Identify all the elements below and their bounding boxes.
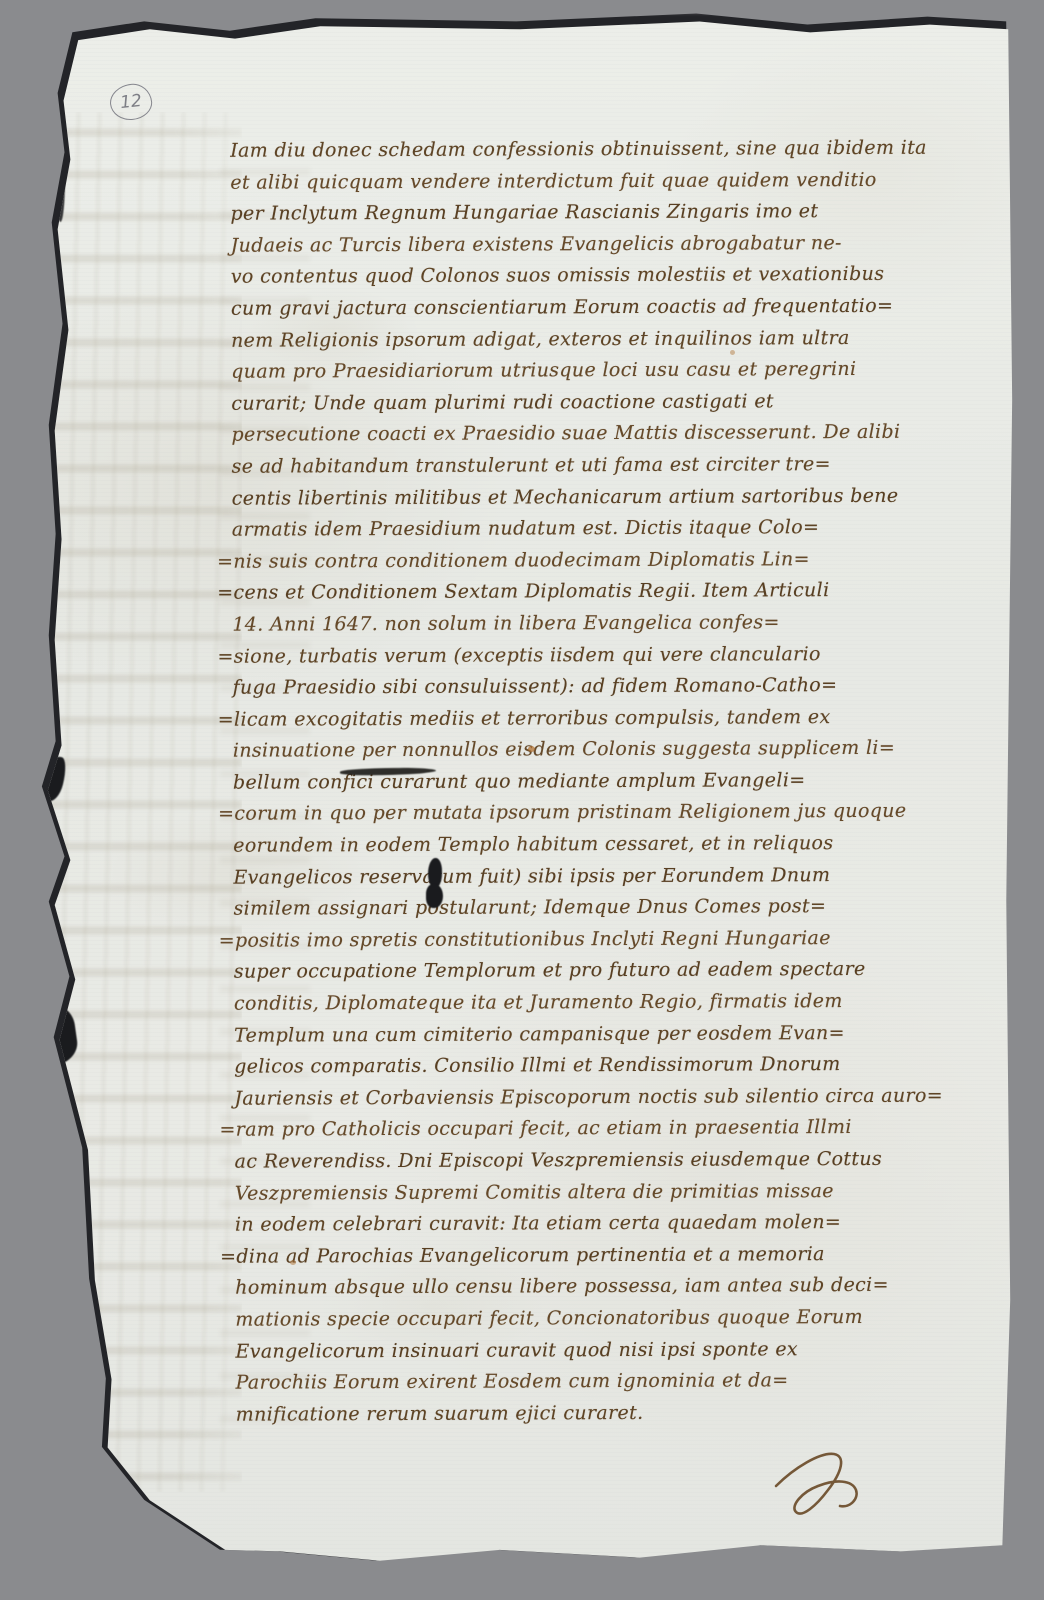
manuscript-line: =licam excogitatis mediis et terroribus …	[218, 701, 1005, 736]
page-number-label: 12	[119, 91, 143, 113]
manuscript-line: mnificatione rerum suarum ejici curaret.	[236, 1396, 1008, 1431]
manuscript-line: conditis, Diplomateque ita et Juramento …	[234, 985, 1006, 1020]
manuscript-line: Evangelicos reservatum fuit) sibi ipsis …	[233, 859, 1005, 894]
paper-sheet: 12 Iam diu donec schedam confessionis ob…	[40, 20, 1020, 1570]
manuscript-line: persecutione coacti ex Praesidio suae Ma…	[231, 417, 1003, 452]
manuscript-line: ac Reverendiss. Dni Episcopi Veszpremien…	[235, 1143, 1007, 1178]
manuscript-text: Iam diu donec schedam confessionis obtin…	[230, 132, 1008, 1431]
manuscript-line: super occupatione Templorum et pro futur…	[234, 954, 1006, 989]
manuscript-line: Evangelicorum insinuari curavit quod nis…	[235, 1333, 1007, 1368]
manuscript-line: per Inclytum Regnum Hungariae Rascianis …	[230, 196, 1002, 231]
manuscript-line: et alibi quicquam vendere interdictum fu…	[230, 164, 1002, 199]
manuscript-line: vo contentus quod Colonos suos omissis m…	[231, 259, 1003, 294]
manuscript-line: Veszpremiensis Supremi Comitis altera di…	[235, 1175, 1007, 1210]
manuscript-line: =corum in quo per mutata ipsorum pristin…	[218, 796, 1005, 831]
manuscript-line: =ram pro Catholicis occupari fecit, ac e…	[219, 1112, 1006, 1147]
manuscript-line: =positis imo spretis constitutionibus In…	[219, 922, 1006, 957]
manuscript-line: cum gravi jactura conscientiarum Eorum c…	[231, 290, 1003, 325]
manuscript-line: =dina ad Parochias Evangelicorum pertine…	[220, 1238, 1007, 1273]
manuscript-line: Parochiis Eorum exirent Eosdem cum ignom…	[236, 1364, 1008, 1399]
manuscript-line: =cens et Conditionem Sextam Diplomatis R…	[217, 575, 1004, 610]
rust-spot-3	[290, 1260, 296, 1265]
manuscript-line: fuga Praesidio sibi consuluissent): ad f…	[233, 669, 1005, 704]
manuscript-line: 14. Anni 1647. non solum in libera Evang…	[232, 606, 1004, 641]
ink-blot-center-2	[426, 884, 443, 908]
manuscript-line: nem Religionis ipsorum adigat, exteros e…	[231, 322, 1003, 357]
manuscript-line: gelicos comparatis. Consilio Illmi et Re…	[234, 1049, 1006, 1084]
manuscript-line: Jauriensis et Corbaviensis Episcoporum n…	[234, 1080, 1006, 1115]
manuscript-line: centis libertinis militibus et Mechanica…	[232, 480, 1004, 515]
manuscript-line: Templum una cum cimiterio campanisque pe…	[234, 1017, 1006, 1052]
manuscript-line: eorundem in eodem Templo habitum cessare…	[233, 827, 1005, 862]
manuscript-line: Iam diu donec schedam confessionis obtin…	[230, 132, 1002, 167]
bleedthrough-ghost-writing	[46, 112, 242, 1492]
manuscript-line: se ad habitandum transtulerunt et uti fa…	[232, 448, 1004, 483]
manuscript-line: mationis specie occupari fecit, Conciona…	[235, 1301, 1007, 1336]
manuscript-line: similem assignari postularunt; Idemque D…	[233, 891, 1005, 926]
manuscript-line: hominum absque ullo censu libere possess…	[235, 1270, 1007, 1305]
ink-blot-left-edge-3	[22, 1001, 80, 1069]
page-number-annotation: 12	[108, 82, 154, 122]
signature-flourish	[772, 1442, 876, 1530]
scene-background: 12 Iam diu donec schedam confessionis ob…	[0, 0, 1044, 1600]
manuscript-line: =nis suis contra conditionem duodecimam …	[217, 543, 1004, 578]
manuscript-line: armatis idem Praesidium nudatum est. Dic…	[232, 511, 1004, 546]
rust-spot-1	[528, 746, 535, 752]
manuscript-line: in eodem celebrari curavit: Ita etiam ce…	[235, 1206, 1007, 1241]
manuscript-line: quam pro Praesidiariorum utriusque loci …	[231, 353, 1003, 388]
manuscript-line: insinuatione per nonnullos eisdem Coloni…	[233, 733, 1005, 768]
manuscript-line: =sione, turbatis verum (exceptis iisdem …	[217, 638, 1004, 673]
manuscript-line: curarit; Unde quam plurimi rudi coaction…	[231, 385, 1003, 420]
rust-spot-2	[730, 350, 735, 355]
manuscript-line: Judaeis ac Turcis libera existens Evange…	[231, 227, 1003, 262]
